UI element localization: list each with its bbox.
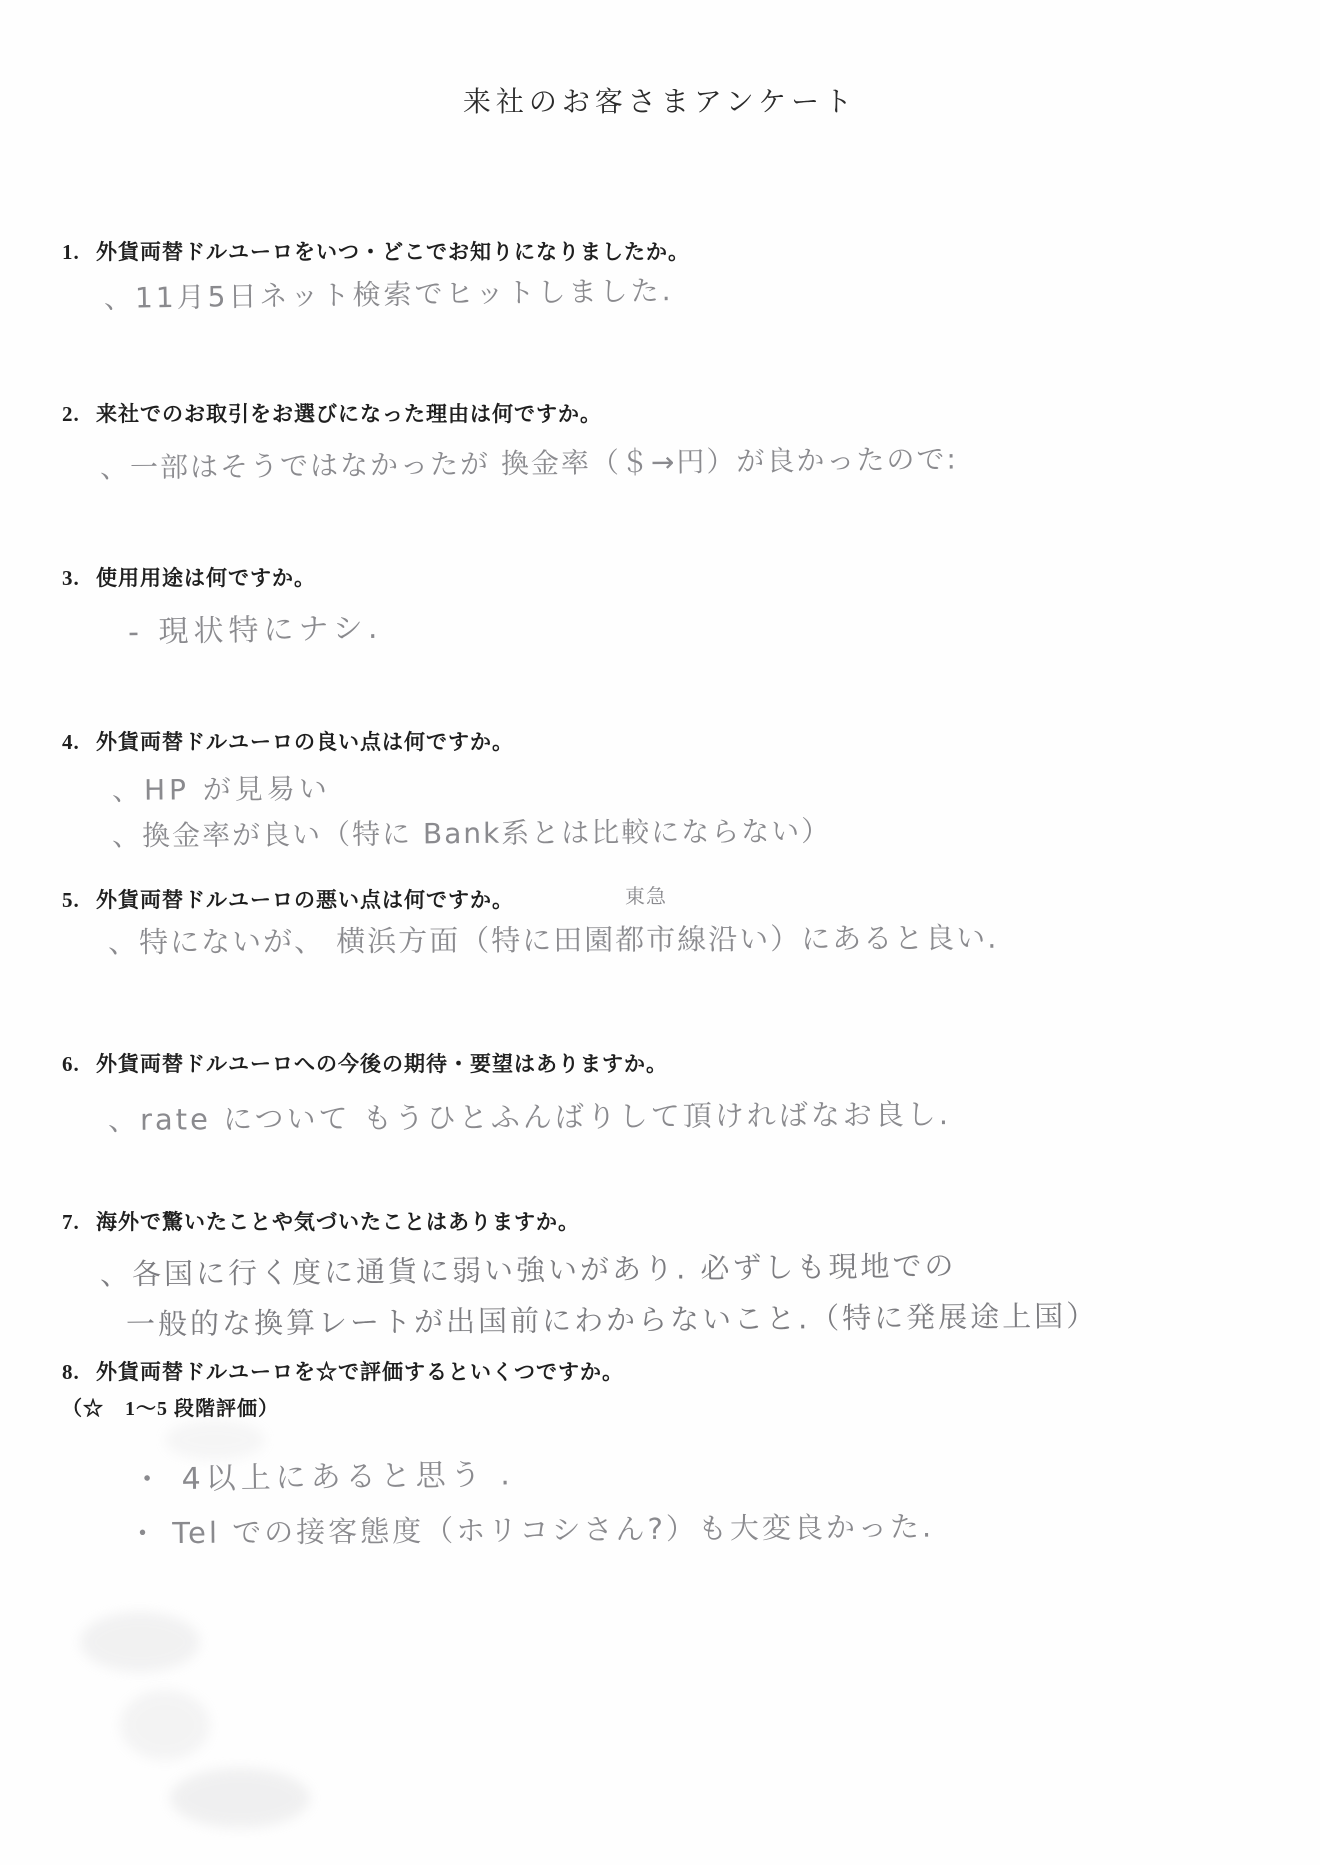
question-5-number: 5. [62, 888, 96, 913]
question-7: 7.海外で驚いたことや気づいたことはありますか。 [62, 1206, 580, 1236]
question-2-text: 来社でのお取引をお選びになった理由は何ですか。 [96, 402, 602, 426]
question-8-text: 外貨両替ドルユーロを☆で評価するといくつですか。 [96, 1360, 624, 1384]
question-6-text: 外貨両替ドルユーロへの今後の期待・要望はありますか。 [96, 1052, 668, 1076]
answer-1-line-1: 、11月5日ネット検索でヒットしました. [104, 269, 674, 317]
answer-6-line-1: 、rate について もうひとふんばりして頂ければなお良し. [108, 1092, 951, 1139]
question-7-number: 7. [62, 1210, 96, 1235]
question-1-number: 1. [62, 240, 96, 265]
answer-5-line-1: 、特にないが、 横浜方面（特に田園都市線沿い）にあると良い. [108, 916, 999, 962]
question-6-number: 6. [62, 1052, 96, 1077]
answer-7-line-1: 、各国に行く度に通貨に弱い強いがあり. 必ずしも現地での [100, 1244, 957, 1294]
ink-bleed-artifact [80, 1612, 200, 1672]
answer-8-line-2: ・ Tel での接客態度（ホリコシさん?）も大変良かった. [128, 1504, 934, 1552]
question-8-scale-note: （☆ 1〜5 段階評価） [62, 1392, 279, 1421]
question-3: 3.使用用途は何ですか。 [62, 562, 316, 592]
question-3-number: 3. [62, 566, 96, 591]
answer-5-insertion: 東急 [625, 880, 667, 909]
question-4: 4.外貨両替ドルユーロの良い点は何ですか。 [62, 726, 514, 756]
question-4-text: 外貨両替ドルユーロの良い点は何ですか。 [96, 730, 514, 754]
question-5-text: 外貨両替ドルユーロの悪い点は何ですか。 [96, 888, 514, 912]
answer-7-line-2: 一般的な換算レートが出国前にわからないこと.（特に発展途上国） [126, 1294, 1099, 1343]
question-5: 5.外貨両替ドルユーロの悪い点は何ですか。 [62, 884, 514, 914]
question-2: 2.来社でのお取引をお選びになった理由は何ですか。 [62, 398, 602, 428]
answer-3-line-1: - 現状特にナシ. [128, 603, 383, 651]
document-title: 来社のお客さまアンケート [0, 80, 1320, 120]
ink-bleed-artifact [120, 1690, 210, 1760]
question-1-text: 外貨両替ドルユーロをいつ・どこでお知りになりましたか。 [96, 240, 690, 264]
question-1: 1.外貨両替ドルユーロをいつ・どこでお知りになりましたか。 [62, 236, 690, 266]
ink-bleed-artifact [170, 1768, 310, 1828]
question-8-number: 8. [62, 1360, 96, 1385]
question-8: 8.外貨両替ドルユーロを☆で評価するといくつですか。 [62, 1356, 624, 1386]
answer-4-line-2: 、換金率が良い（特に Bank系とは比較にならない） [112, 809, 831, 854]
question-6: 6.外貨両替ドルユーロへの今後の期待・要望はありますか。 [62, 1048, 668, 1078]
question-4-number: 4. [62, 730, 96, 755]
survey-document: 来社のお客さまアンケート 1.外貨両替ドルユーロをいつ・どこでお知りになりました… [0, 0, 1320, 1865]
answer-2-line-1: 、一部はそうではなかったが 換金率（＄→円）が良かったので: [100, 438, 958, 487]
question-2-number: 2. [62, 402, 96, 427]
question-3-text: 使用用途は何ですか。 [96, 566, 316, 590]
ink-bleed-artifact [165, 1420, 265, 1460]
question-7-text: 海外で驚いたことや気づいたことはありますか。 [96, 1210, 580, 1234]
answer-4-line-1: 、HP が見易い [112, 767, 331, 809]
